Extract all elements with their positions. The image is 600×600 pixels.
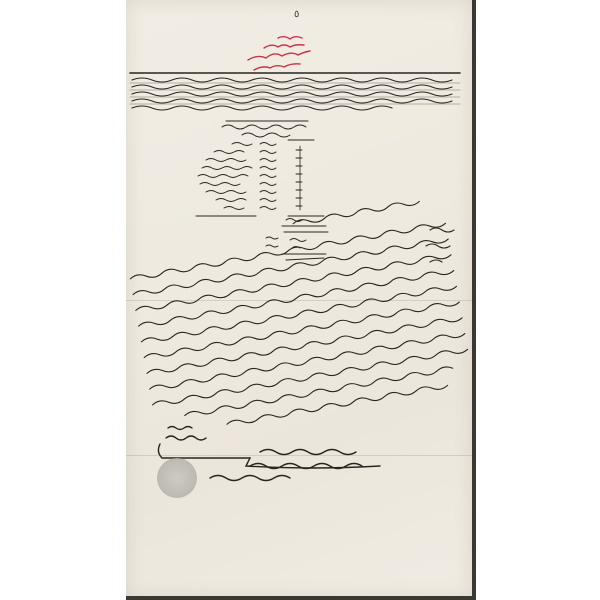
header-script-block (130, 70, 465, 116)
body-script-block (130, 210, 470, 420)
table-heading (218, 118, 318, 140)
page-edge-right (472, 0, 476, 600)
seal-stamp (157, 458, 197, 498)
page-number: ٥ (294, 9, 299, 20)
page-edge-bottom (126, 596, 476, 600)
red-annotation (238, 34, 328, 74)
